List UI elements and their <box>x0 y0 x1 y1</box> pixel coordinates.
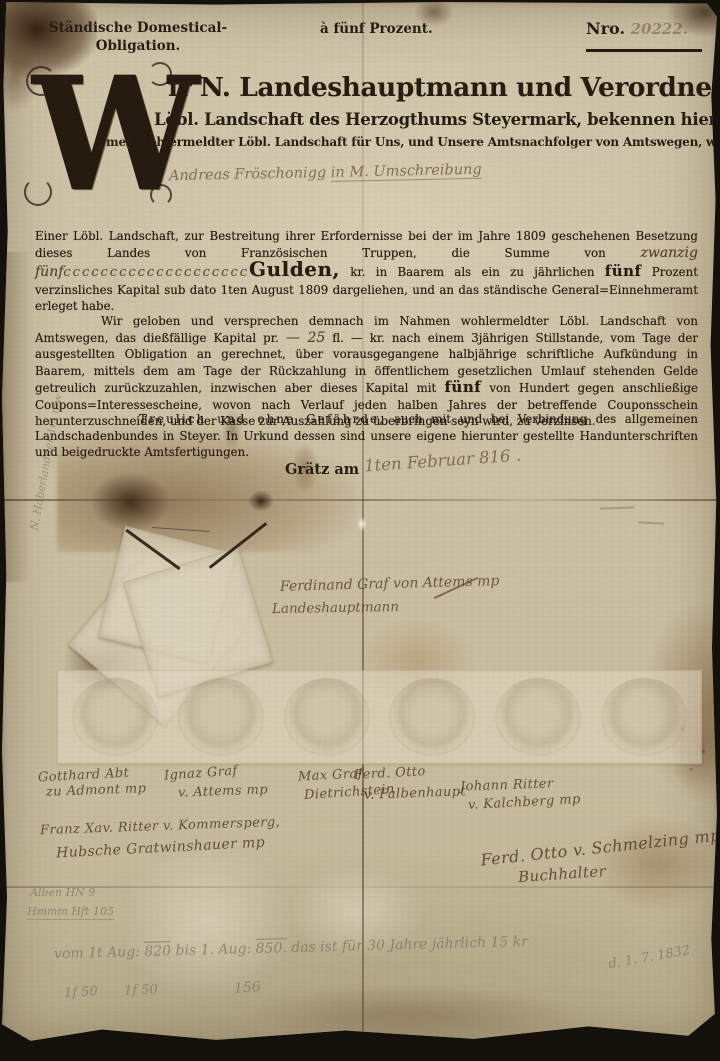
seal-ink-mark <box>152 527 210 532</box>
signature: Ferd. Otto <box>354 764 426 783</box>
signature: v. Attems mp <box>178 782 268 800</box>
oval-seal <box>72 678 158 756</box>
nro-value-handwritten: 20222. <box>631 20 688 38</box>
nro-underline <box>586 49 702 52</box>
gulden-label: Gulden, <box>249 257 340 281</box>
oval-seal <box>389 678 475 756</box>
closing-emphasis: Treulich und ohne Gefährde, <box>139 412 385 426</box>
title-line-2: Löbl. Landschaft des Herzogthums Steyerm… <box>154 110 710 129</box>
pencil-figure: 156 <box>233 979 261 997</box>
signature: Hubsche Gratwinshauer mp <box>56 835 266 862</box>
pencil-mark <box>600 506 634 509</box>
pencil-mark <box>638 521 664 524</box>
flourish-curl <box>150 184 172 206</box>
stain <box>248 490 274 512</box>
stain <box>0 252 32 582</box>
pencil-calculation: vom 1t Aug: 820 bis 1. Aug: 850. das ist… <box>54 934 528 962</box>
paragraph-closing: Treulich und ohne Gefährde, auch mit und… <box>35 411 698 461</box>
overlined-year: 850. <box>255 938 287 957</box>
fuenf-emphasis: fünf <box>605 262 642 280</box>
fuenf-emphasis: fünf <box>444 378 481 396</box>
accountant-title: Buchhalter <box>517 862 606 886</box>
signature: v. Falbenhaupt <box>364 784 467 803</box>
oval-seal <box>495 678 581 756</box>
flourish-curl <box>26 66 56 96</box>
p1-text: in Baarem als ein zu jährlichen <box>366 265 605 279</box>
fl-label: fl. — <box>325 331 369 345</box>
oval-seal <box>178 678 264 756</box>
pencil-figure: 1f 50 <box>124 982 158 998</box>
handwritten-creditor-name: Andreas Fröschonigg in M. Umschreibung <box>169 162 482 185</box>
vertical-fold-line <box>362 2 364 1043</box>
endorsement-title: Landeshauptmann <box>272 599 399 617</box>
photograph-of-document: { "header": { "left_line1": "Ständische … <box>0 0 720 1061</box>
pencil-figure: 1f 50 <box>64 984 99 1001</box>
signature: Johann Ritter <box>460 776 554 794</box>
signature: Ignaz Graf <box>164 763 239 783</box>
stain <box>90 472 170 532</box>
oval-seal <box>284 678 370 756</box>
p1-text: Einer Löbl. Landschaft, zur Bestreitung … <box>35 229 698 260</box>
fold-glint <box>357 517 367 531</box>
flourish-curl <box>24 178 52 206</box>
document-paper: Ständische Domestical- Obligation. à fün… <box>2 2 717 1043</box>
oval-seal <box>601 678 687 756</box>
title-line-3: men wohlermeldter Löbl. Landschaft für U… <box>106 135 712 149</box>
place-label: Grätz am <box>285 461 359 478</box>
signature: zu Admont mp <box>46 781 147 799</box>
interest-rate-label: à fünf Prozent. <box>320 21 433 37</box>
title-line-1: ir N. Landeshauptmann und Verordnete der <box>168 72 708 103</box>
document-type-line1: Ständische Domestical- <box>38 19 238 37</box>
pencil-note: Alben HN 9 <box>30 886 95 899</box>
stain <box>122 847 292 997</box>
pencil-note: Hmmm Hft 105 <box>27 905 114 920</box>
kr-label: kr. <box>340 265 366 279</box>
number-field: Nro. 20222. <box>586 19 688 38</box>
pencil-date: d. 1. 7. 1832 <box>607 943 691 972</box>
overlined-year: 820 <box>144 941 171 960</box>
nro-label: Nro. <box>586 19 625 38</box>
horizontal-fold-line <box>2 886 717 888</box>
signature: v. Kalchberg mp <box>468 792 581 813</box>
stain <box>252 987 572 1042</box>
ink-flourish: cccccccccccccccccccc <box>63 265 249 280</box>
handwritten-amount: — 25 <box>286 330 326 346</box>
horizontal-fold-line <box>2 499 717 501</box>
paragraph-loan-declaration: Einer Löbl. Landschaft, zur Bestreitung … <box>35 228 698 315</box>
seal-strip <box>57 670 702 764</box>
